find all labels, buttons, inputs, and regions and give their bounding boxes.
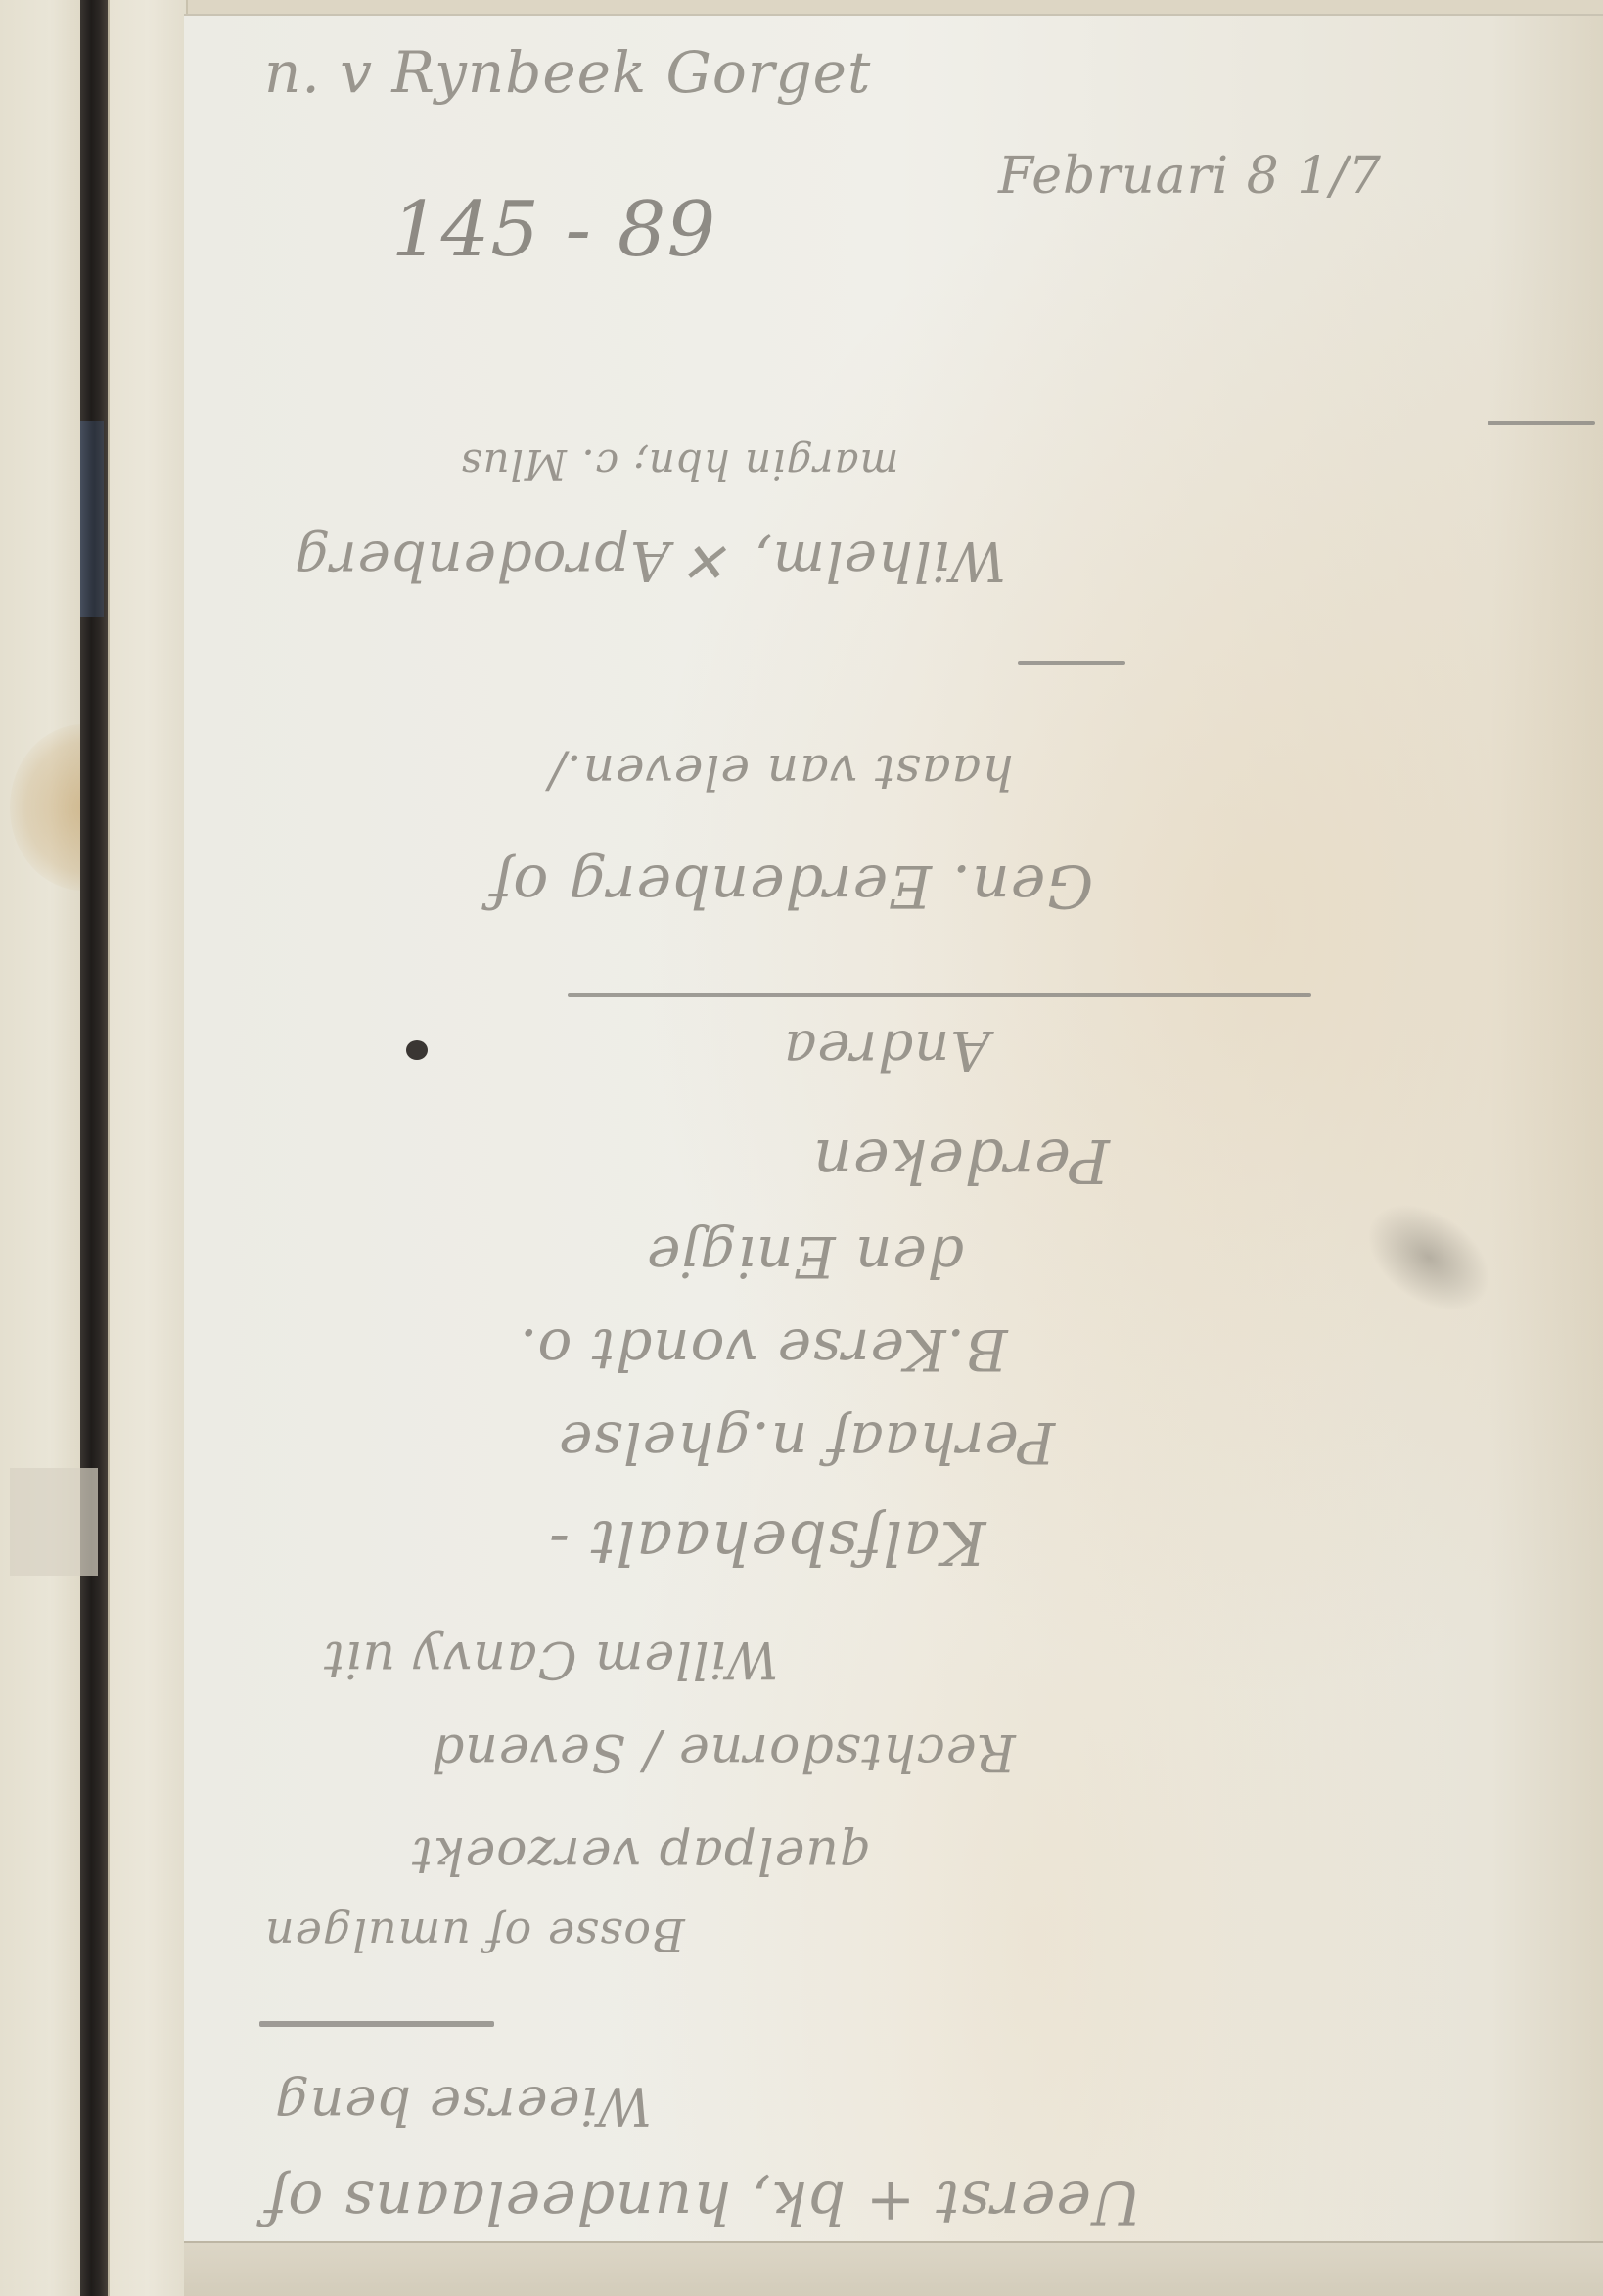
gutter-margin	[108, 0, 188, 2296]
inverted-note: quelpap verzoekt	[411, 1825, 872, 1884]
inverted-note: Perhaaf n.ghelse	[558, 1409, 1055, 1476]
inverted-note: Gen. Eerdenberg of	[489, 851, 1093, 920]
page-bottom-edge	[184, 2241, 1603, 2296]
strikethrough-line	[259, 2021, 494, 2027]
margin-dash	[1488, 421, 1595, 425]
note-date: Februari 8 1/7	[998, 147, 1382, 206]
inverted-note: haast van eleven./	[548, 744, 1014, 801]
left-facing-leaf	[0, 0, 86, 2296]
note-page-number: 145 - 89	[391, 186, 716, 274]
inverted-note: Rechtsdorne / Sevend	[431, 1722, 1016, 1781]
inverted-note: den Enigje	[646, 1223, 964, 1290]
inverted-note: Wilhelm, ✕ Aprodenberg	[294, 528, 1006, 592]
inverted-note: Andrea	[783, 1018, 990, 1081]
inverted-note: Kalfsbehaalt -	[548, 1507, 986, 1579]
ink-blot	[406, 1040, 428, 1060]
inverted-note: Willem Canvy uit	[323, 1630, 779, 1688]
inverted-note: Perdeken	[812, 1125, 1110, 1197]
note-header: n. v Rynbeek Gorget	[264, 39, 871, 106]
underline-divider	[568, 993, 1311, 997]
inverted-note: Wieerse beng	[274, 2075, 652, 2136]
tape-patch	[10, 1468, 98, 1576]
inverted-note: Ueerst + bk, hundeelaans of	[264, 2168, 1141, 2236]
pencil-dash	[1018, 661, 1125, 665]
inverted-note: B.Kerse vondt o.	[519, 1316, 1008, 1383]
inverted-note: Bosse of umulgen	[264, 1908, 685, 1961]
book-spine	[80, 0, 108, 2296]
inverted-note: margin hbn; c. Mlus	[460, 440, 898, 488]
spine-blue-cloth	[80, 421, 104, 617]
